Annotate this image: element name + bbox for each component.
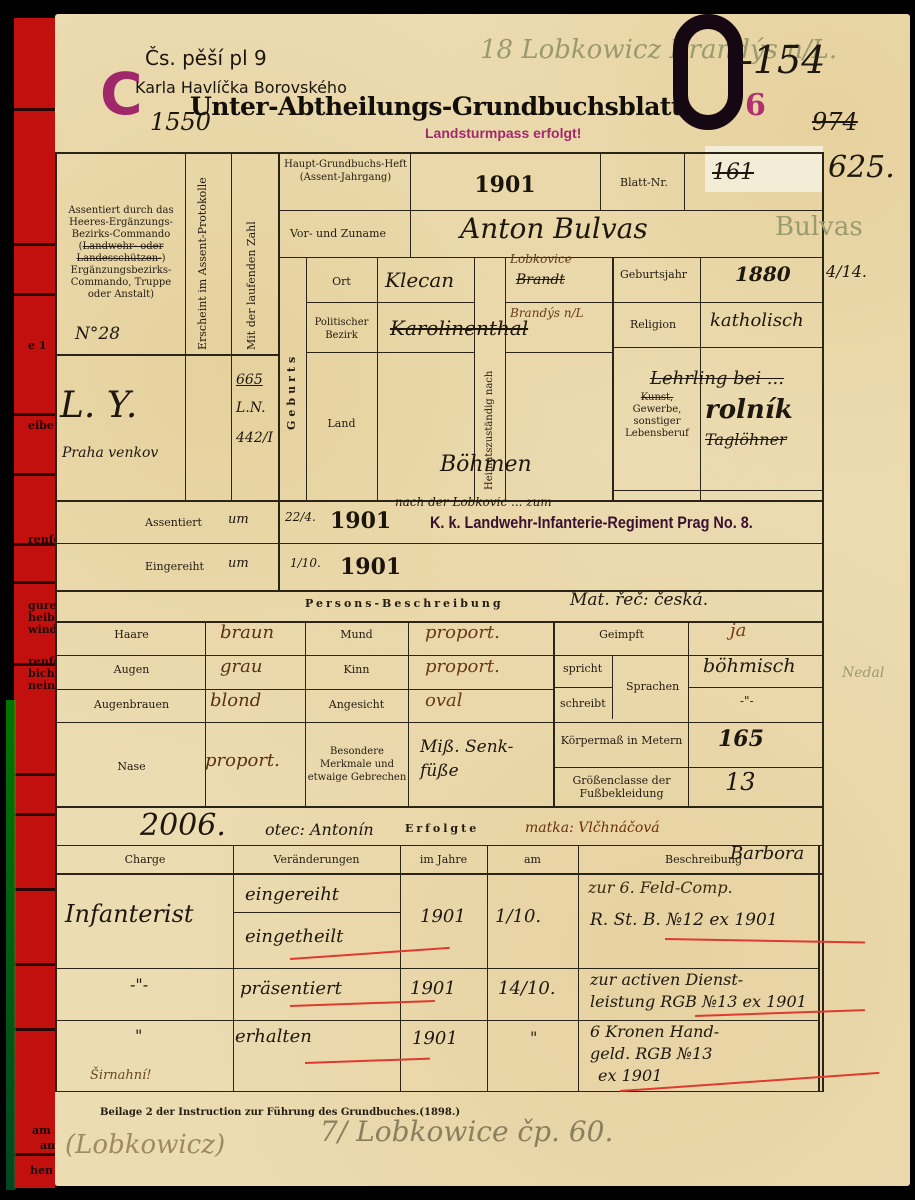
column-header-am: am <box>487 853 578 866</box>
persons-label-augenbrauen: Augenbrauen <box>60 698 203 711</box>
pencil-margin-note: Nedal <box>842 665 884 681</box>
geburts-label: Geburts <box>285 320 298 430</box>
strip-label: e 1 <box>28 340 46 352</box>
laufende-label: Mit der laufenden Zahl <box>245 190 258 350</box>
row2-beschreibung-1: zur activen Dienst- <box>590 970 743 989</box>
persons-label-nase: Nase <box>60 760 203 773</box>
strip-label: hen <box>30 1165 53 1177</box>
red-number-mark: 6 <box>745 88 766 123</box>
laufende-value-1: 665 <box>236 372 263 388</box>
record-number: 2006. <box>140 808 226 843</box>
big-zero-mark <box>673 14 743 130</box>
struck-number: 974 <box>812 108 858 136</box>
father-note: otec: Antonín <box>265 820 374 839</box>
footer-pencil-right: 7/ Lobkowice čp. 60. <box>320 1115 613 1148</box>
torn-edge <box>55 1186 915 1200</box>
beruf-value: rolník <box>705 395 793 425</box>
row2-am: 14/10. <box>498 978 556 999</box>
persons-value-merkmale: Miß. Senk-füße <box>420 735 545 783</box>
assentiert-struck-text: Landwehr- oder Landesschützen- <box>76 241 163 264</box>
schreibt-value: -"- <box>740 694 754 708</box>
eingereiht-date: 1/10. <box>290 556 321 570</box>
assentiert-label-cont: Ergänzungsbezirks-Commando, Truppe oder … <box>71 265 172 300</box>
row3-charge: " <box>135 1026 142 1045</box>
pencil-bulvas: Bulvas <box>775 212 863 242</box>
religion-value: katholisch <box>710 310 804 331</box>
geimpft-value: ja <box>730 620 746 641</box>
beruf-label: Kunst, Gewerbe, sonstiger Lebensberuf <box>614 392 700 440</box>
spricht-label: spricht <box>563 662 602 675</box>
row2-charge: -"- <box>130 975 148 994</box>
heft-value: 1901 <box>410 172 600 198</box>
row2-veraenderung: präsentiert <box>240 978 342 999</box>
eingereiht-um: um <box>228 556 249 571</box>
persons-label-augen: Augen <box>60 663 203 676</box>
blatt-number-new: 625. <box>828 150 895 185</box>
persons-value-nase: proport. <box>205 750 280 771</box>
heft-label: Haupt-Grundbuchs-Heft (Assent-Jahrgang) <box>283 158 408 184</box>
persons-heading: Persons-Beschreibung <box>305 597 504 610</box>
persons-label-mund: Mund <box>305 628 408 641</box>
persons-heading-note: Mat. řeč: česká. <box>570 590 708 610</box>
row1-jahr: 1901 <box>420 906 466 927</box>
row1-charge: Infanterist <box>65 900 194 928</box>
row1-beschreibung-1: zur 6. Feld-Comp. <box>588 878 733 897</box>
ort-label: Ort <box>306 275 377 288</box>
koerper-label: Körpermaß in Metern <box>555 734 688 747</box>
persons-value-augenbrauen: blond <box>210 690 261 711</box>
bezirk-label: Politischer Bezirk <box>306 316 377 342</box>
column-header-charge: Charge <box>57 853 233 866</box>
praha-value: Praha venkov <box>62 445 158 461</box>
assentiert-value: N°28 <box>75 324 120 344</box>
religion-label: Religion <box>630 318 676 331</box>
strip-label: eibe <box>28 420 54 432</box>
laufende-value-2: L.N. <box>236 400 266 416</box>
fuss-label: Größenclasse der Fußbekleidung <box>555 774 688 800</box>
green-edge <box>6 700 16 1190</box>
column-header-jahr: im Jahre <box>400 853 487 866</box>
footer-pencil-left: (Lobkowicz) <box>65 1130 225 1160</box>
assentiert-row-date: 22/4. <box>285 510 316 524</box>
row3-am: " <box>530 1028 537 1047</box>
row2-jahr: 1901 <box>410 978 456 999</box>
blatt-struck-value: 161 <box>712 160 754 185</box>
strip-label: am <box>32 1125 51 1137</box>
row2-beschreibung-2: leistung RGB №13 ex 1901 <box>590 992 807 1011</box>
regiment-stamp: K. k. Landwehr-Infanterie-Regiment Prag … <box>430 513 753 533</box>
geburtsjahr-label: Geburtsjahr <box>620 268 687 281</box>
column-header-beschreibung: Beschreibung <box>665 853 742 866</box>
assentiert-row-year: 1901 <box>330 508 391 534</box>
schreibt-label: schreibt <box>560 697 606 710</box>
signature-note: Širnahní! <box>90 1068 152 1083</box>
persons-label-angesicht: Angesicht <box>305 698 408 711</box>
row3-beschreibung-3: ex 1901 <box>598 1066 662 1085</box>
persons-value-mund: proport. <box>425 622 500 643</box>
eingereiht-year: 1901 <box>340 554 401 580</box>
eingereiht-label: Eingereiht <box>145 560 204 573</box>
ort-value: Klecan <box>385 268 454 292</box>
persons-label-haare: Haare <box>60 628 203 641</box>
side-note-4-14: 4/14. <box>826 262 867 281</box>
unit-stamp-line1: Čs. pěší pl 9 <box>145 46 267 70</box>
name-label: Vor- und Zuname <box>290 227 386 240</box>
erfolgte-heading: Erfolgte <box>405 822 479 835</box>
persons-value-haare: braun <box>220 622 274 643</box>
bezirk-struck-value: Karolinenthal <box>390 316 528 340</box>
row3-beschreibung-2: geld. RGB №13 <box>590 1044 712 1063</box>
row3-veraenderung: erhalten <box>235 1026 312 1047</box>
name-value: Anton Bulvas <box>460 212 648 245</box>
row1-beschreibung-2: R. St. B. №12 ex 1901 <box>590 910 778 930</box>
beruf-struck-value-2: Taglöhner <box>705 430 787 449</box>
assentiert-row-um: um <box>228 512 249 527</box>
land-label: Land <box>306 417 377 430</box>
assentiert-label: Assentiert durch das Heeres-Ergänzungs-B… <box>60 205 182 301</box>
persons-label-kinn: Kinn <box>305 663 408 676</box>
landsturm-stamp: Landsturmpass erfolgt! <box>425 125 581 141</box>
heimat-value-2: Brandýs n/L <box>510 306 584 320</box>
assentiert-row-label: Assentiert <box>145 516 202 529</box>
heimat-struck-value: Brandt <box>516 272 565 288</box>
mother-note-label: matka: Vlčhnáčová <box>525 820 660 836</box>
assentiert-label-text: Assentiert durch das Heeres-Ergänzungs-B… <box>68 205 173 240</box>
blatt-label: Blatt-Nr. <box>620 176 668 189</box>
fuss-value: 13 <box>725 768 756 796</box>
beruf-label-struck: Kunst, <box>641 392 673 403</box>
beruf-label-text: Gewerbe, sonstiger Lebensberuf <box>625 404 689 439</box>
beruf-struck-value-1: Lehrling bei ... <box>650 368 784 389</box>
persons-value-kinn: proport. <box>425 656 500 677</box>
top-number: -154 <box>740 38 825 82</box>
row1-veraenderung-2: eingetheilt <box>245 926 343 947</box>
persons-label-merkmale: Besondere Merkmale und etwaige Gebrechen <box>307 745 407 784</box>
row1-am: 1/10. <box>495 906 541 927</box>
geimpft-label: Geimpft <box>555 628 688 641</box>
page-title: Unter-Abtheilungs-Grundbuchsblatt. <box>190 92 690 121</box>
geburtsjahr-value: 1880 <box>735 262 791 286</box>
spricht-value: böhmisch <box>703 655 796 677</box>
laufende-value-3: 442/I <box>236 430 273 446</box>
ly-value: L. Y. <box>60 385 137 426</box>
persons-value-augen: grau <box>220 656 262 677</box>
column-header-veraenderungen: Veränderungen <box>233 853 400 866</box>
assentiert-row-note: nach der Lobkovic ... zum <box>395 495 552 509</box>
koerper-value: 165 <box>718 726 764 752</box>
persons-value-angesicht: oval <box>425 690 463 711</box>
heimat-label: Heimatszuständig nach <box>483 330 496 490</box>
row3-jahr: 1901 <box>412 1028 458 1049</box>
sprachen-label: Sprachen <box>626 680 679 693</box>
heimat-value-1: Lobkovice <box>510 252 572 266</box>
protokolle-label: Erscheint im Assent-Protokolle <box>196 170 209 350</box>
row1-veraenderung-1: eingereiht <box>245 884 339 905</box>
row3-beschreibung-1: 6 Kronen Hand- <box>590 1022 719 1041</box>
